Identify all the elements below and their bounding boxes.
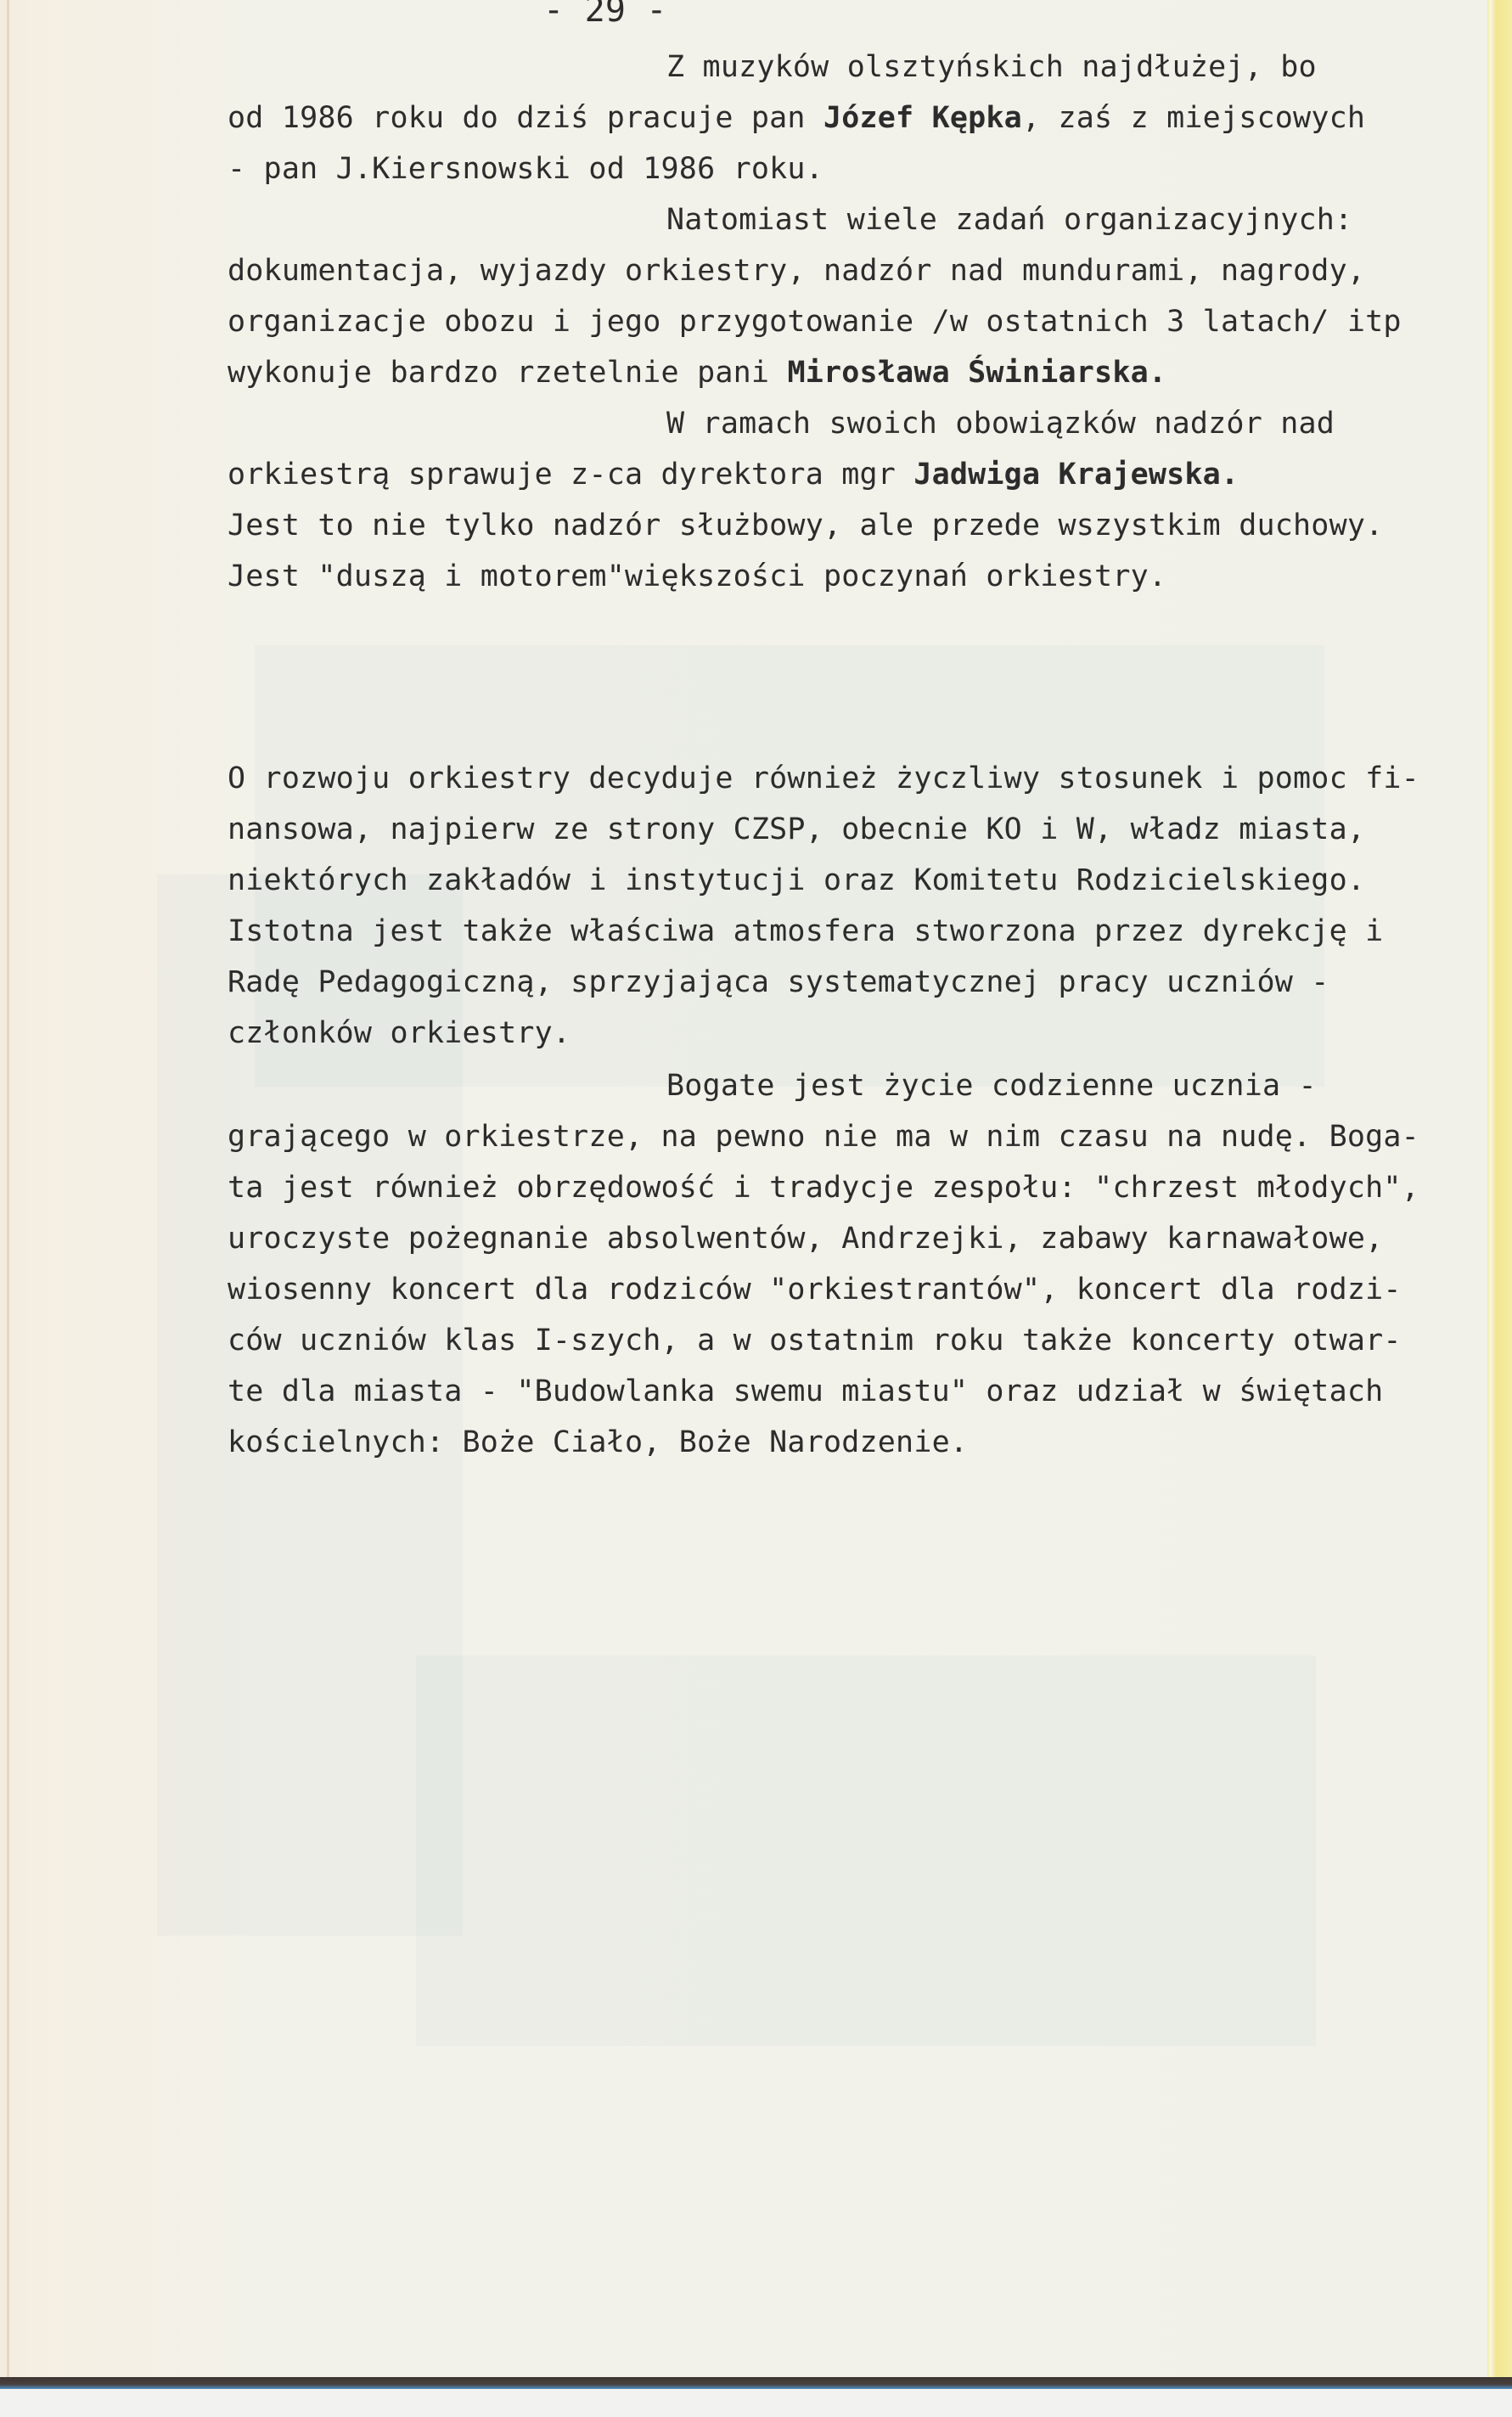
text-line: ta jest również obrzędowość i tradycje z… <box>228 1173 1419 1203</box>
text-run: orkiestrą sprawuje z-ca dyrektora mgr <box>228 458 913 492</box>
text-run: wykonuje bardzo rzetelnie pani <box>228 356 787 390</box>
person-name: Józef Kępka <box>823 101 1022 135</box>
text-line: Istotna jest także właściwa atmosfera st… <box>228 917 1383 947</box>
text-line: grającego w orkiestrze, na pewno nie ma … <box>228 1122 1419 1152</box>
text-line: od 1986 roku do dziś pracuje pan Józef K… <box>228 104 1365 133</box>
text-line: wykonuje bardzo rzetelnie pani Mirosława… <box>228 358 1166 388</box>
text-line: ców uczniów klas I-szych, a w ostatnim r… <box>228 1326 1402 1356</box>
text-line: orkiestrą sprawuje z-ca dyrektora mgr Ja… <box>228 460 1239 490</box>
text-line: Jest to nie tylko nadzór służbowy, ale p… <box>228 511 1383 541</box>
scanner-edge-shadow <box>0 2377 1512 2389</box>
text-line: Z muzyków olsztyńskich najdłużej, bo <box>666 53 1317 82</box>
text-line: uroczyste pożegnanie absolwentów, Andrze… <box>228 1224 1383 1254</box>
person-name: Jadwiga Krajewska. <box>913 458 1239 492</box>
bleed-through-image <box>416 1655 1316 2046</box>
text-run: od 1986 roku do dziś pracuje pan <box>228 101 823 135</box>
text-line: te dla miasta - "Budowlanka swemu miastu… <box>228 1377 1383 1407</box>
text-line: niektórych zakładów i instytucji oraz Ko… <box>228 866 1365 896</box>
text-line: Natomiast wiele zadań organizacyjnych: <box>666 205 1352 235</box>
next-page-edge <box>1487 0 1512 2377</box>
text-line: dokumentacja, wyjazdy orkiestry, nadzór … <box>228 256 1365 286</box>
text-line: kościelnych: Boże Ciało, Boże Narodzenie… <box>228 1428 968 1458</box>
text-line: organizacje obozu i jego przygotowanie /… <box>228 307 1402 337</box>
text-line: wiosenny koncert dla rodziców "orkiestra… <box>228 1275 1402 1305</box>
page-number: - 29 - <box>543 0 667 27</box>
paper-left-edge <box>7 0 9 2377</box>
text-line: nansowa, najpierw ze strony CZSP, obecni… <box>228 815 1365 845</box>
text-line: członków orkiestry. <box>228 1019 571 1048</box>
text-line: W ramach swoich obowiązków nadzór nad <box>666 409 1335 439</box>
text-line: Bogate jest życie codzienne ucznia - <box>666 1071 1317 1101</box>
text-line: - pan J.Kiersnowski od 1986 roku. <box>228 155 823 184</box>
scanner-background <box>0 2389 1512 2417</box>
text-run: , zaś z miejscowych <box>1022 101 1365 135</box>
person-name: Mirosława Świniarska. <box>787 356 1166 390</box>
text-line: Jest "duszą i motorem"większości poczyna… <box>228 562 1166 592</box>
text-line: Radę Pedagogiczną, sprzyjająca systematy… <box>228 968 1329 998</box>
text-line: O rozwoju orkiestry decyduje również życ… <box>228 764 1419 794</box>
